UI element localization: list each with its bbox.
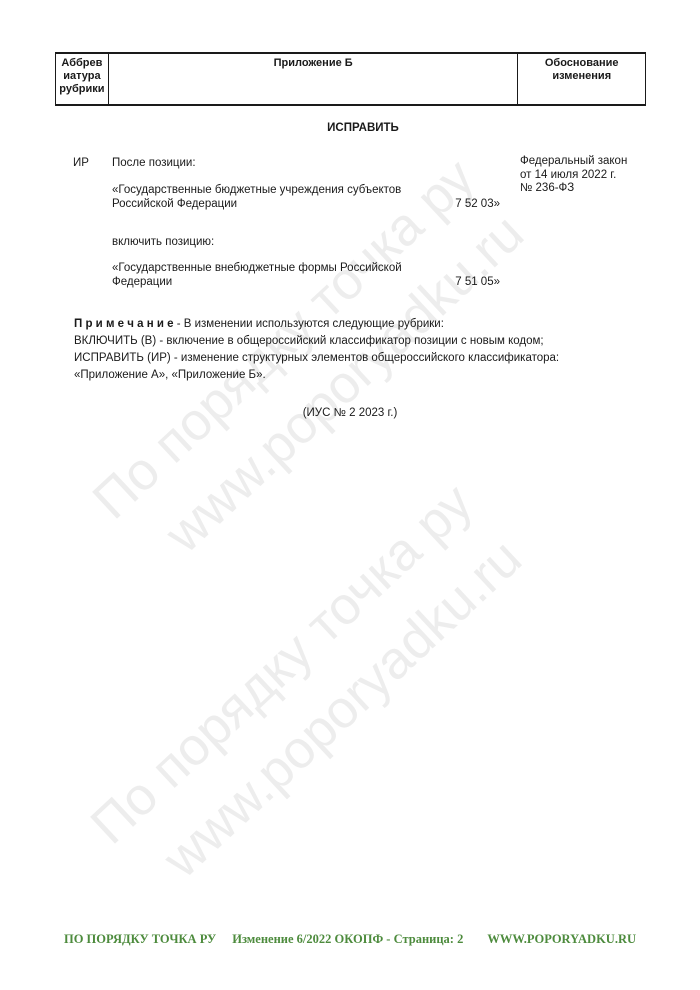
page-footer: ПО ПОРЯДКУ ТОЧКА РУ Изменение 6/2022 ОКО…	[0, 932, 700, 947]
header-cell-line: рубрики	[56, 83, 108, 96]
ius-issue-note: (ИУС № 2 2023 г.)	[55, 407, 645, 419]
note-line: «Приложение А», «Приложение Б».	[74, 367, 614, 384]
header-cell-line: иатура	[56, 70, 108, 83]
entry-intro: После позиции:	[112, 156, 196, 170]
document-page: По порядку точка ру www.poporyadku.ru По…	[0, 0, 700, 990]
footer-brand: ПО ПОРЯДКУ ТОЧКА РУ	[64, 932, 216, 947]
section-title: ИСПРАВИТЬ	[55, 122, 671, 134]
header-table: Аббрев иатура рубрики Приложение Б Обосн…	[55, 52, 646, 106]
position-line2-text: Российской Федерации	[112, 197, 237, 211]
header-cell-rubric-abbreviation: Аббрев иатура рубрики	[56, 54, 108, 104]
note-line: ВКЛЮЧИТЬ (В) - включение в общероссийски…	[74, 333, 614, 350]
footer-doc-info: Изменение 6/2022 ОКОПФ - Страница: 2	[232, 932, 463, 947]
header-cell-appendix-title: Приложение Б	[108, 54, 518, 104]
position-block-1: «Государственные бюджетные учреждения су…	[112, 183, 500, 211]
rubric-code: ИР	[73, 156, 89, 170]
position-line2-text: Федерации	[112, 275, 172, 289]
appendix-title: Приложение Б	[109, 57, 518, 70]
note-heading-line: П р и м е ч а н и е - В изменении исполь…	[74, 316, 614, 333]
position-code: 7 51 05»	[455, 275, 500, 289]
header-cell-line: Аббрев	[56, 57, 108, 70]
justification-line: от 14 июля 2022 г.	[520, 169, 670, 183]
position-line2: Федерации 7 51 05»	[112, 275, 500, 289]
note-block: П р и м е ч а н и е - В изменении исполь…	[74, 316, 614, 384]
note-line: ИСПРАВИТЬ (ИР) - изменение структурных э…	[74, 350, 614, 367]
note-label-rest: - В изменении используются следующие руб…	[174, 318, 444, 330]
header-cell-line: изменения	[518, 70, 645, 83]
position-line2: Российской Федерации 7 52 03»	[112, 197, 500, 211]
header-cell-line: Обоснование	[518, 57, 645, 70]
justification-line: № 236-ФЗ	[520, 182, 670, 196]
position-code: 7 52 03»	[455, 197, 500, 211]
position-block-2: «Государственные внебюджетные формы Росс…	[112, 261, 500, 289]
header-cell-change-justification: Обоснование изменения	[517, 54, 645, 104]
note-label: П р и м е ч а н и е	[74, 318, 174, 330]
footer-site-url: WWW.POPORYADKU.RU	[487, 932, 636, 947]
position-line1: «Государственные бюджетные учреждения су…	[112, 183, 500, 197]
justification-line: Федеральный закон	[520, 155, 670, 169]
justification-column: Федеральный закон от 14 июля 2022 г. № 2…	[520, 155, 670, 196]
position-line1: «Государственные внебюджетные формы Росс…	[112, 261, 500, 275]
entry-action: включить позицию:	[112, 235, 214, 249]
